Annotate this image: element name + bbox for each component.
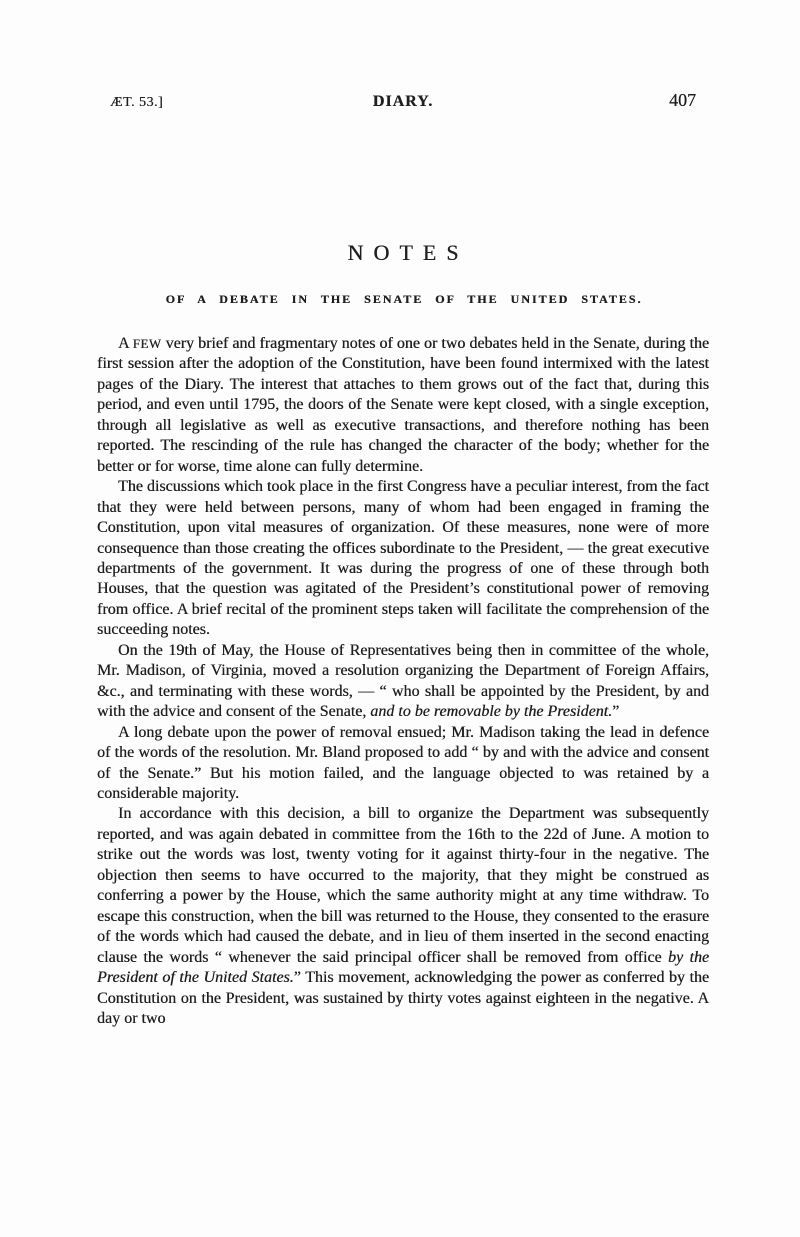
book-page: ÆT. 53.] DIARY. 407 NOTES OF A DEBATE IN…	[0, 0, 800, 1237]
text-column: NOTES OF A DEBATE IN THE SENATE OF THE U…	[97, 0, 709, 1029]
text-segment: FEW	[133, 337, 162, 351]
document-body: A FEW very brief and fragmentary notes o…	[97, 334, 709, 1029]
text-segment: very brief and fragmentary notes of one …	[97, 335, 709, 475]
paragraph-5: In accordance with this decision, a bill…	[97, 804, 709, 1029]
text-segment: A long debate upon the power of removal …	[97, 724, 709, 802]
paragraph-1: A FEW very brief and fragmentary notes o…	[97, 334, 709, 477]
section-subtitle: OF A DEBATE IN THE SENATE OF THE UNITED …	[97, 292, 709, 307]
paragraph-4: A long debate upon the power of removal …	[97, 723, 709, 805]
text-segment: A	[118, 335, 133, 352]
paragraph-3: On the 19th of May, the House of Represe…	[97, 641, 709, 723]
text-segment: The discussions which took place in the …	[97, 478, 709, 638]
section-title: NOTES	[97, 240, 709, 266]
text-segment: and to be removable by the President.	[370, 703, 612, 720]
paragraph-2: The discussions which took place in the …	[97, 477, 709, 641]
text-segment: ”	[612, 703, 619, 720]
text-segment: In accordance with this decision, a bill…	[97, 805, 709, 965]
